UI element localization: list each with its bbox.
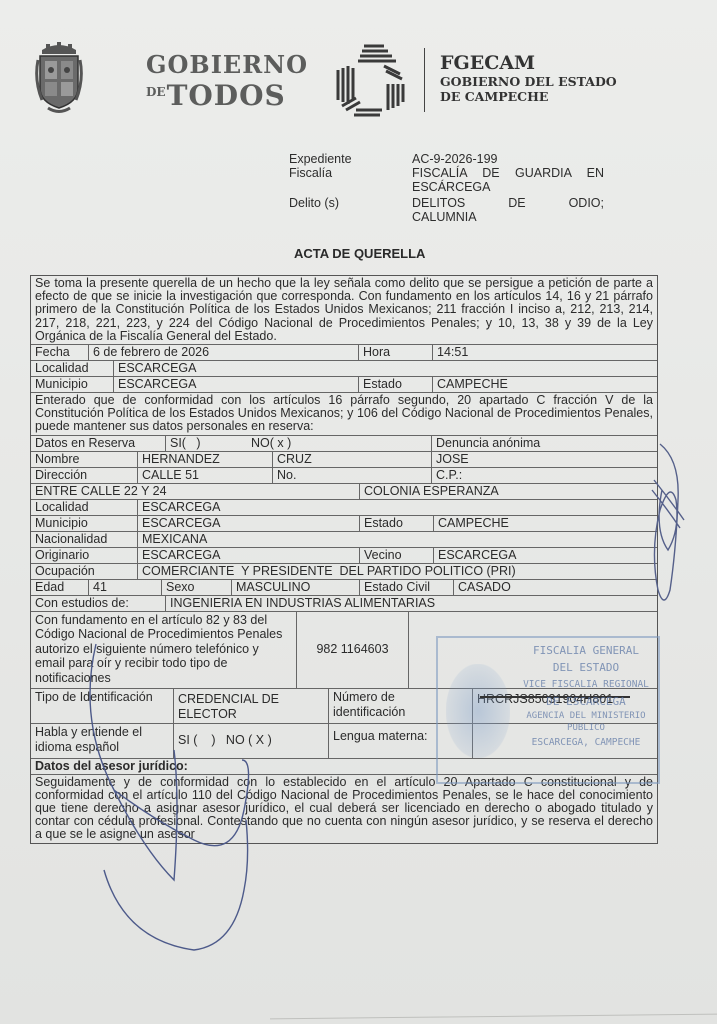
stamp-line-2: DEL ESTADO [518, 659, 654, 676]
fiscalia-value-line1: FISCALÍA DE GUARDIA EN [412, 166, 604, 180]
fgecam-branding: FGECAM GOBIERNO DEL ESTADO DE CAMPECHE [440, 52, 617, 104]
todos-text: TODOS [167, 79, 286, 112]
telefono-value: 982 1164603 [296, 612, 408, 688]
nacionalidad-value: MEXICANA [137, 532, 657, 547]
gobierno-de-todos-logo: GOBIERNO DETODOS [146, 52, 308, 110]
fgecam-logo-icon [334, 40, 410, 120]
apellido-materno: CRUZ [272, 452, 431, 467]
localidad-label: Localidad [31, 361, 113, 376]
estado-civil-value: CASADO [453, 580, 657, 595]
direccion-label: Dirección [31, 468, 137, 483]
municipio2-label: Municipio [31, 516, 137, 531]
stamp-line-4: DE ESCARCEGA [518, 693, 654, 710]
nombre-value: JOSE [431, 452, 657, 467]
ocupacion-value: COMERCIANTE Y PRESIDENTE DEL PARTIDO POL… [137, 564, 657, 579]
fecha-label: Fecha [31, 345, 88, 360]
de-text: DE [146, 85, 166, 99]
pen-stroke-loop-icon [84, 640, 284, 970]
ocupacion-label: Ocupación [31, 564, 137, 579]
gobierno-text: GOBIERNO [146, 52, 308, 78]
fiscalia-label: Fiscalía [289, 166, 332, 180]
official-stamp: FISCALIA GENERAL DEL ESTADO VICE FISCALI… [436, 636, 660, 784]
originario-label: Originario [31, 548, 137, 563]
estado2-value: CAMPECHE [433, 516, 657, 531]
hora-label: Hora [358, 345, 432, 360]
edad-value: 41 [88, 580, 161, 595]
page-fold-line [270, 1014, 717, 1020]
estado-civil-label: Estado Civil [359, 580, 453, 595]
stamp-line-1: FISCALIA GENERAL [518, 642, 654, 659]
numero-label: No. [272, 468, 431, 483]
nacionalidad-label: Nacionalidad [31, 532, 137, 547]
municipio-label: Municipio [31, 377, 113, 392]
handwritten-signature-icon [640, 440, 710, 610]
stamp-emblem-icon [446, 664, 510, 758]
expediente-label: Expediente [289, 152, 352, 166]
stamp-line-5: AGENCIA DEL MINISTERIO [518, 710, 654, 722]
estado-value: CAMPECHE [432, 377, 657, 392]
document-title: ACTA DE QUERELLA [294, 246, 425, 261]
hora-value: 14:51 [432, 345, 657, 360]
nombre-label: Nombre [31, 452, 137, 467]
header-divider [424, 48, 425, 112]
reserva-no-option[interactable]: NO( x ) [235, 436, 431, 451]
direccion-value: CALLE 51 [137, 468, 272, 483]
campeche-coat-of-arms-icon [34, 40, 84, 115]
reserva-notice: Enterado que de conformidad con los artí… [31, 393, 657, 435]
stamp-line-6: PUBLICO [518, 722, 654, 734]
fgecam-subtitle-2: DE CAMPECHE [440, 89, 617, 104]
delito-value-line2: CALUMNIA [412, 210, 604, 224]
fgecam-title: FGECAM [440, 52, 617, 74]
document-page: GOBIERNO DETODOS FGECAM GOBIERNO DEL EST… [0, 0, 717, 1024]
estudios-value: INGENIERIA EN INDUSTRIAS ALIMENTARIAS [165, 596, 657, 611]
colonia: COLONIA ESPERANZA [359, 484, 657, 499]
datos-reserva-label: Datos en Reserva [31, 436, 165, 451]
municipio2-value: ESCARCEGA [137, 516, 359, 531]
estado-label: Estado [358, 377, 432, 392]
denuncia-anonima-label: Denuncia anónima [431, 436, 657, 451]
stamp-line-3: VICE FISCALIA REGIONAL [518, 676, 654, 693]
reserva-si-option[interactable]: SI( ) [165, 436, 235, 451]
sexo-value: MASCULINO [231, 580, 359, 595]
vecino-label: Vecino [359, 548, 433, 563]
cp-label: C.P.: [431, 468, 657, 483]
entre-calle: ENTRE CALLE 22 Y 24 [31, 484, 359, 499]
municipio-value: ESCARCEGA [113, 377, 358, 392]
localidad2-value: ESCARCEGA [137, 500, 657, 515]
delito-value-line1: DELITOS DE ODIO; [412, 196, 604, 210]
fiscalia-value-line2: ESCÁRCEGA [412, 180, 604, 194]
originario-value: ESCARCEGA [137, 548, 359, 563]
fecha-value: 6 de febrero de 2026 [88, 345, 358, 360]
localidad-value: ESCARCEGA [113, 361, 657, 376]
localidad2-label: Localidad [31, 500, 137, 515]
edad-label: Edad [31, 580, 88, 595]
expediente-value: AC-9-2026-199 [412, 152, 604, 166]
apellido-paterno: HERNANDEZ [137, 452, 272, 467]
stamp-line-7: ESCARCEGA, CAMPECHE [518, 734, 654, 751]
fgecam-subtitle-1: GOBIERNO DEL ESTADO [440, 74, 617, 89]
estudios-label: Con estudios de: [31, 596, 165, 611]
delito-label: Delito (s) [289, 196, 339, 210]
vecino-value: ESCARCEGA [433, 548, 657, 563]
estado2-label: Estado [359, 516, 433, 531]
intro-paragraph: Se toma la presente querella de un hecho… [31, 276, 657, 344]
sexo-label: Sexo [161, 580, 231, 595]
